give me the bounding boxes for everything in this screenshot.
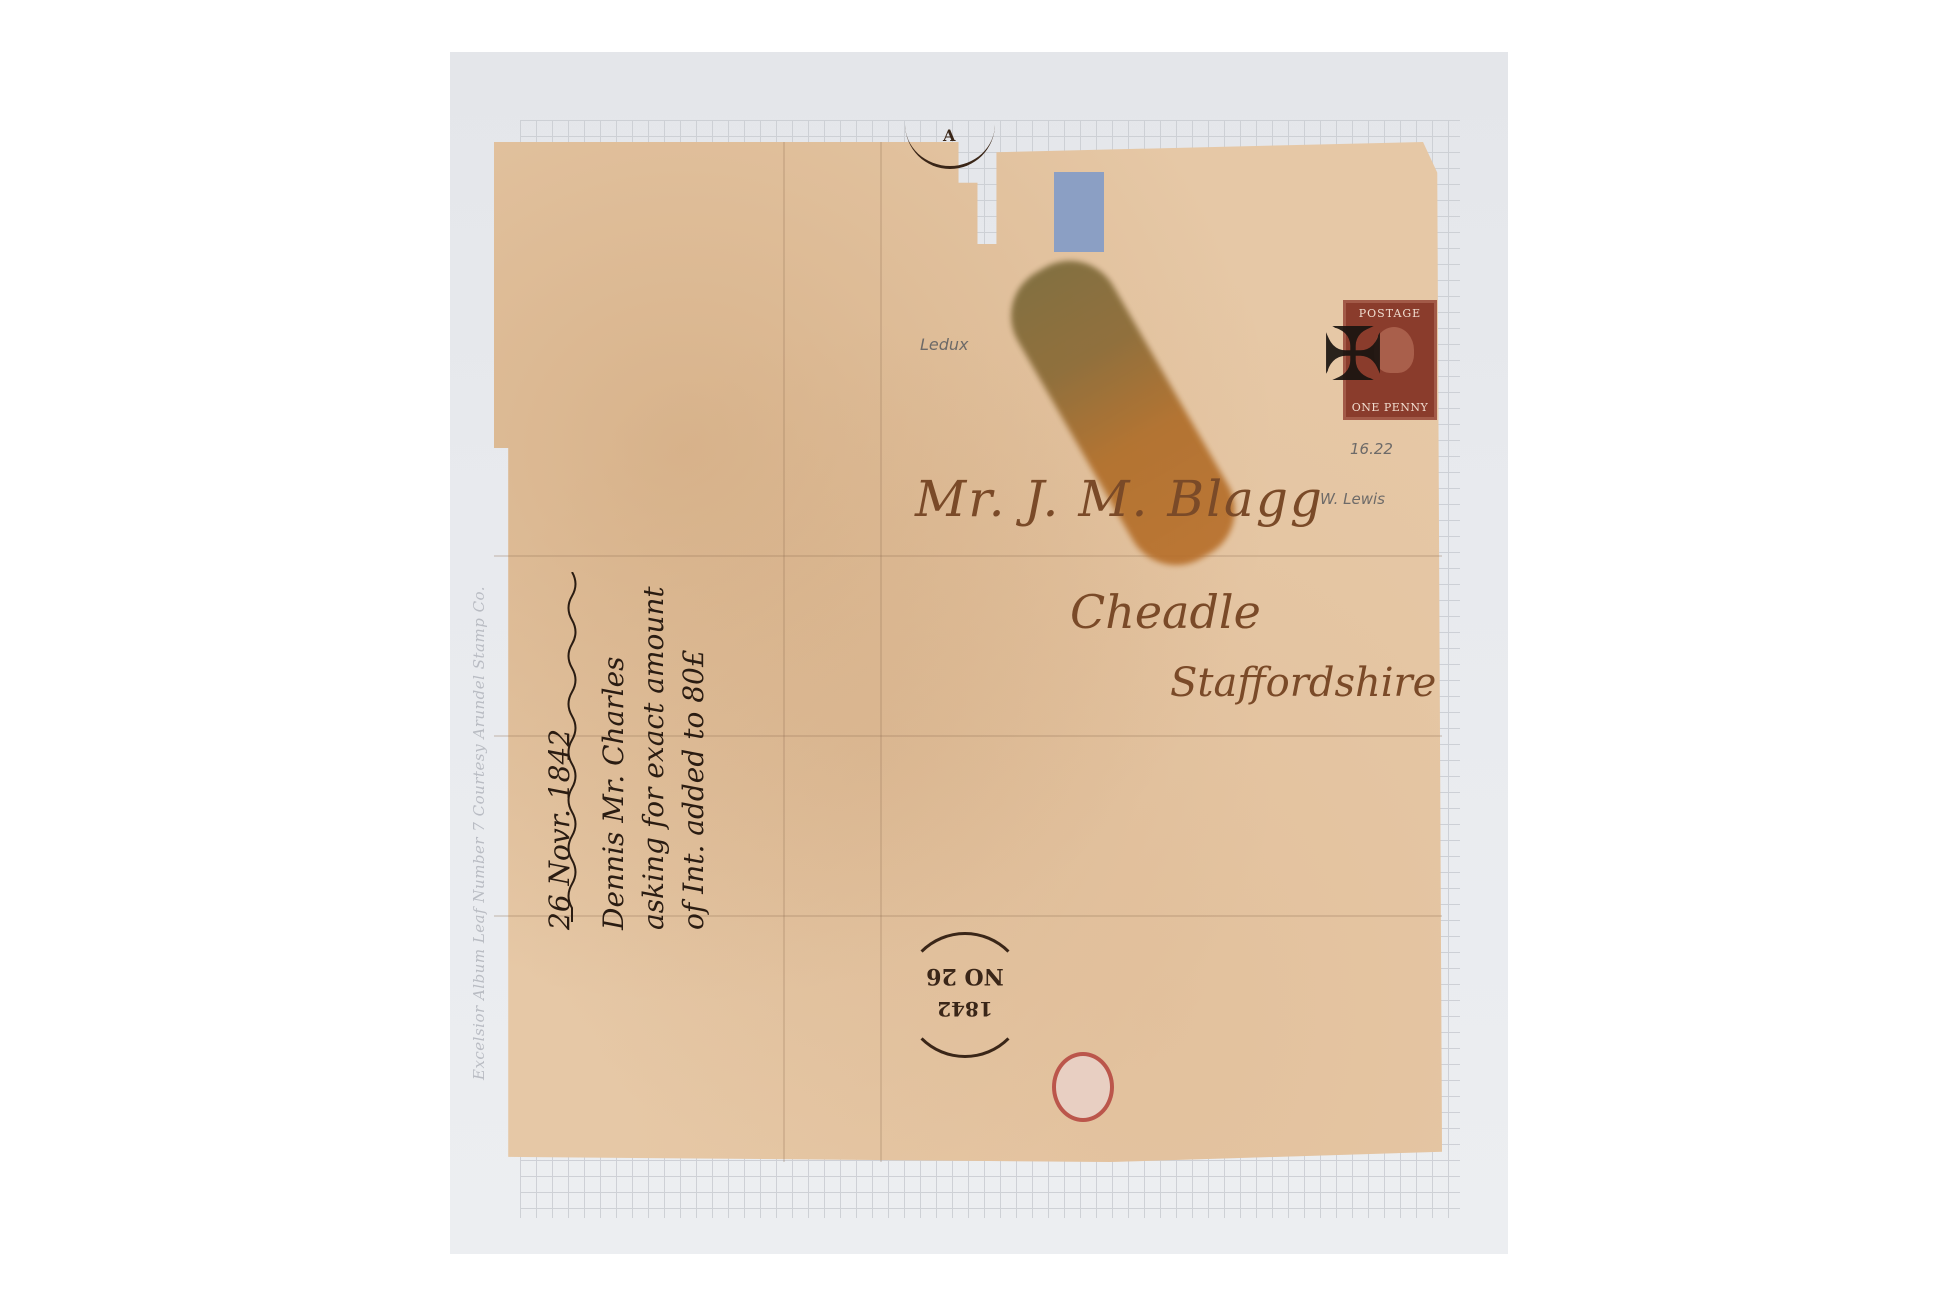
fold-line (494, 555, 1442, 557)
docket-note: 26 Novr. 1842 Dennis Mr. Charles asking … (540, 586, 714, 930)
pencil-note-index: Ledux (920, 335, 969, 354)
postmark-year: 1842 (905, 997, 1025, 1021)
pencil-note: W. Lewis (1320, 490, 1385, 508)
back-postmark: 1842 NO 26 (902, 932, 1028, 1058)
docket-line: Dennis Mr. Charles (594, 586, 634, 930)
address-line-name: Mr. J. M. Blagg (915, 470, 1324, 528)
top-postmark-text: A (943, 126, 955, 145)
docket-line: of Int. added to 80£ (674, 586, 714, 930)
stamp-bottom-label: ONE PENNY (1346, 401, 1434, 414)
fold-line (880, 142, 882, 1162)
torn-area (1054, 172, 1104, 252)
docket-line: asking for exact amount (634, 586, 674, 930)
postmark-date: NO 26 (905, 963, 1025, 989)
fold-line (783, 142, 785, 1162)
wax-seal (1052, 1052, 1114, 1122)
docket-date: 26 Novr. 1842 (540, 586, 580, 930)
maltese-cross-cancel-icon: ✠ (1322, 318, 1384, 392)
address-line-town: Cheadle (1070, 585, 1261, 639)
album-margin-imprint: Excelsior Album Leaf Number 7 Courtesy A… (470, 586, 488, 1080)
address-line-county: Staffordshire (1170, 660, 1436, 706)
pencil-note: 16.22 (1350, 440, 1393, 458)
